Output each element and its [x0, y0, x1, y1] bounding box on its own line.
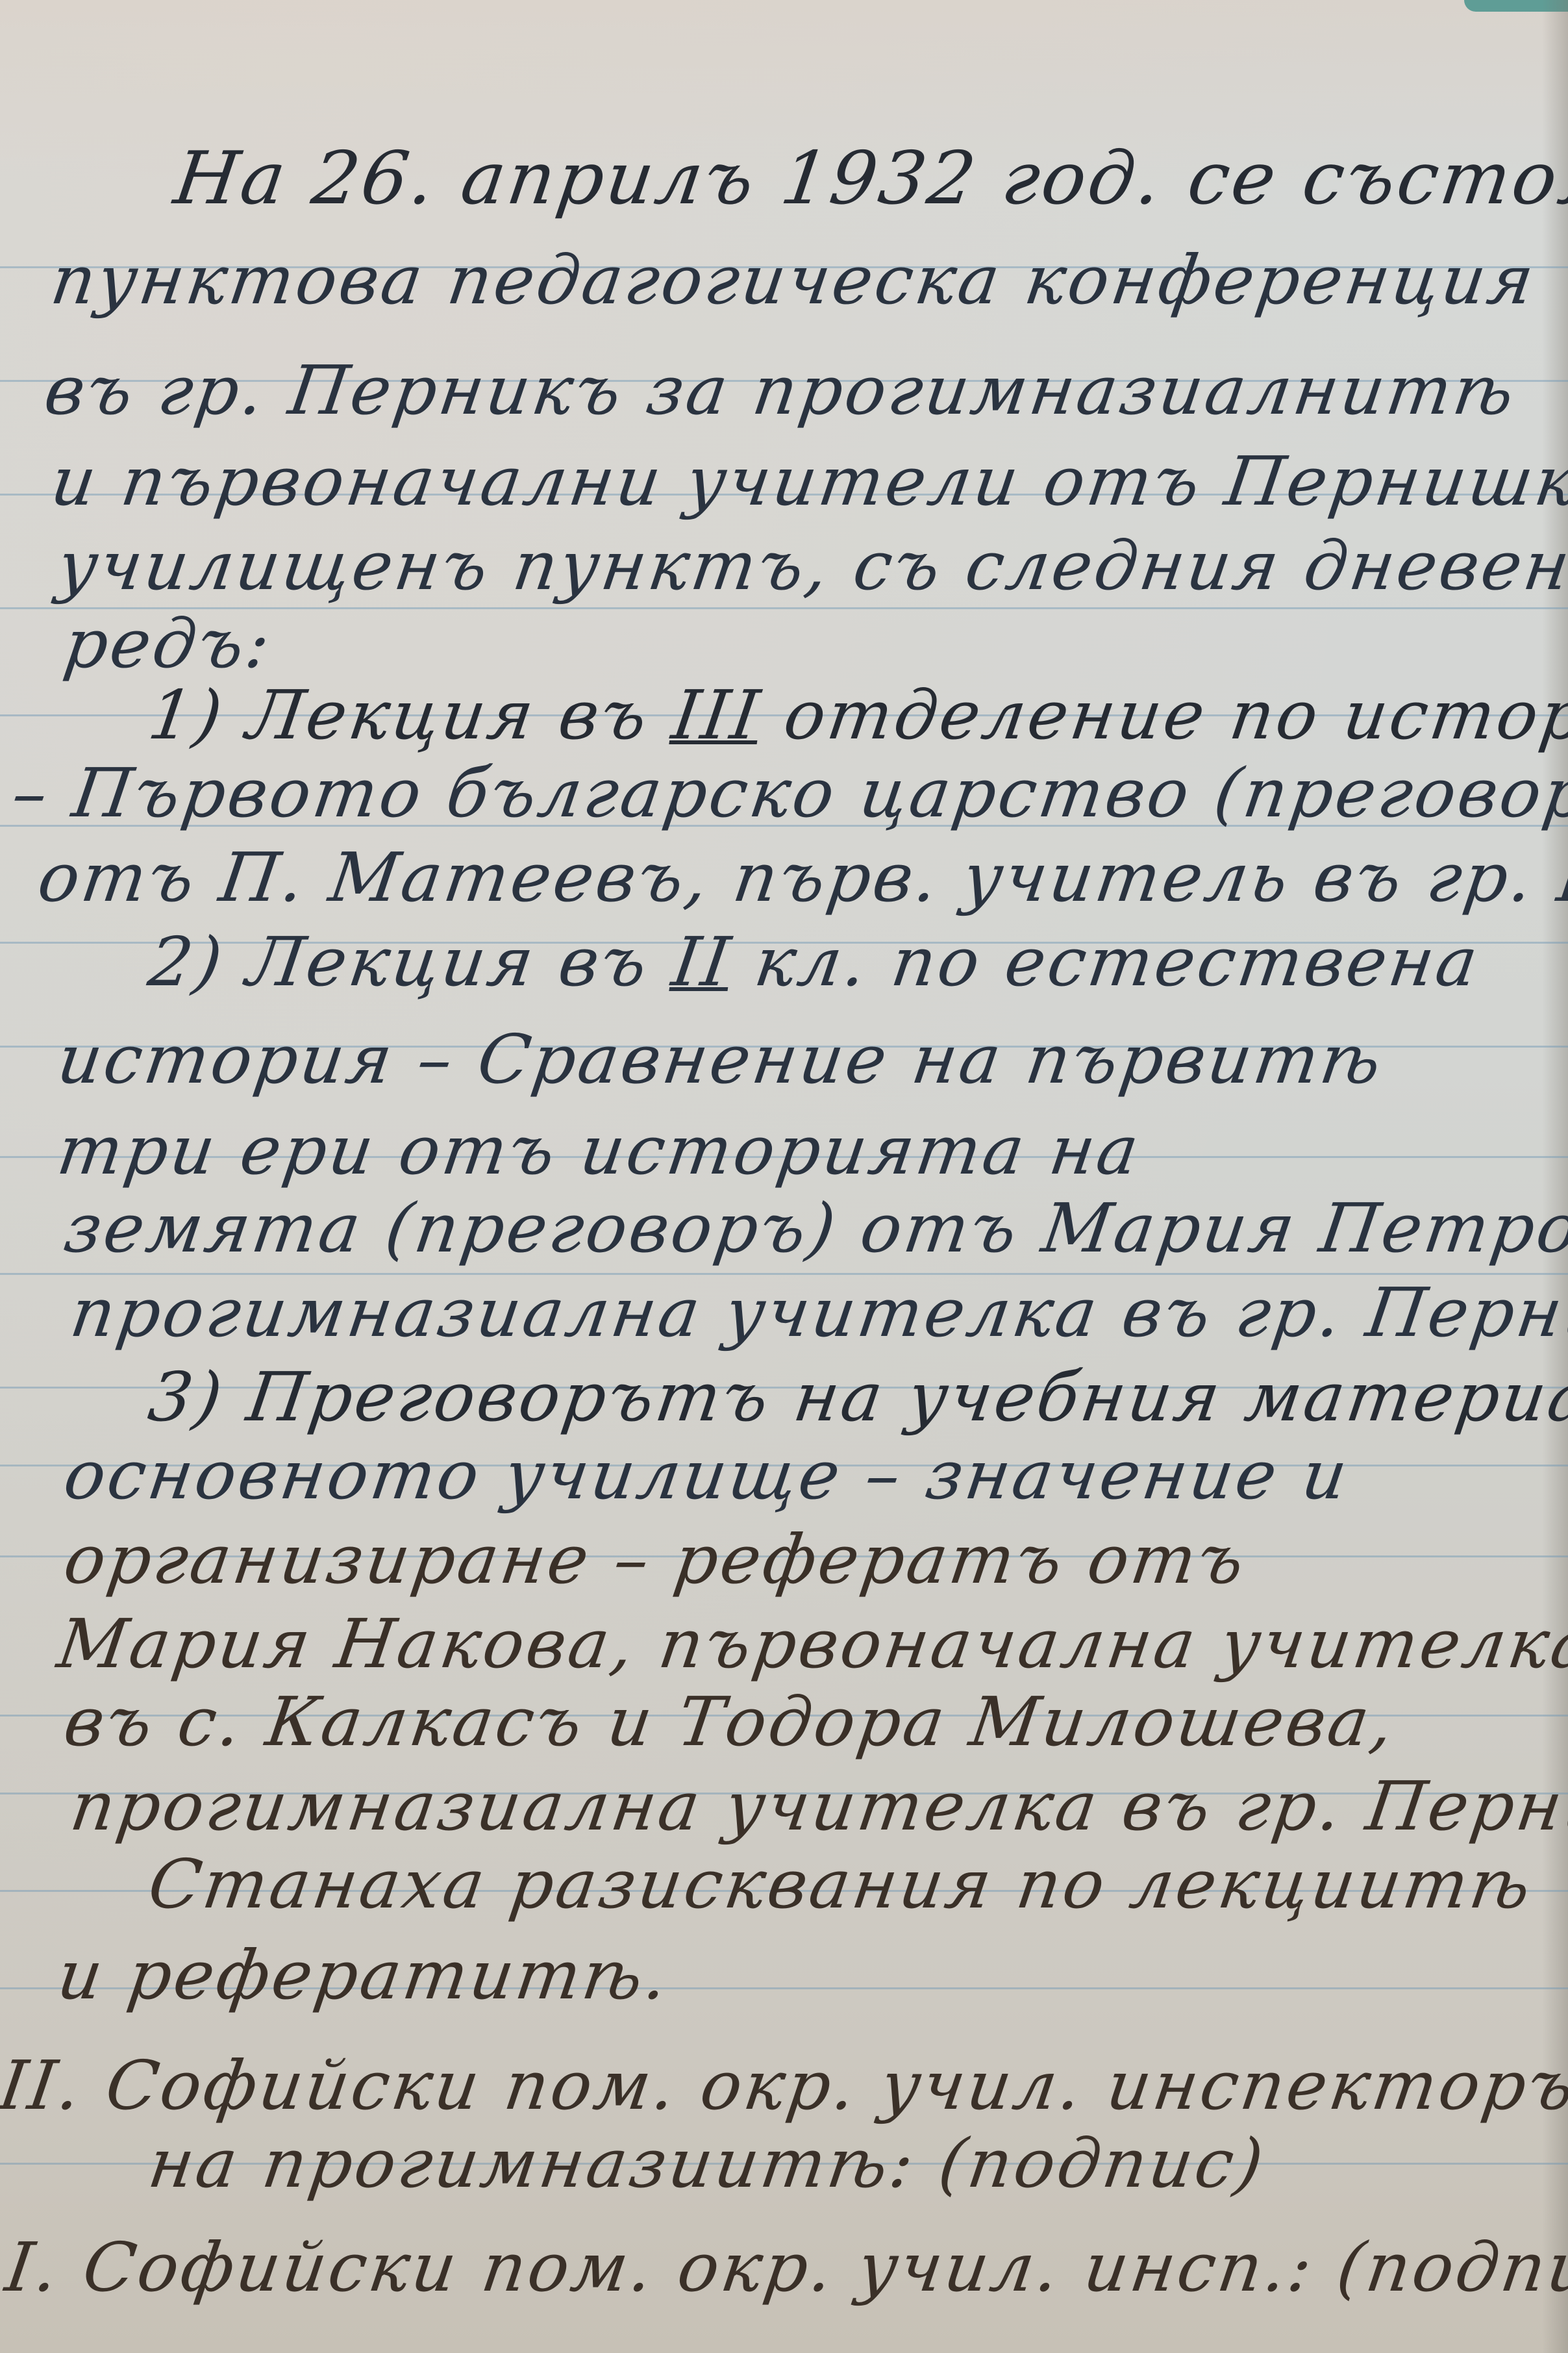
text-line: три ери отъ историята на	[53, 1111, 1145, 1190]
text-line: прогимназиална учителка въ гр. Перникъ	[66, 1273, 1568, 1352]
item-text: Лекция въ	[242, 922, 654, 1001]
text-line: и първоначални учители отъ Пернишкия	[46, 442, 1568, 521]
signature-line-2-cont: на прогимназиитѣ: (подпис)	[143, 2124, 1270, 2203]
agenda-item-3: 3) Преговорътъ на учебния материалъ	[143, 1357, 1568, 1437]
text-line: въ с. Калкасъ и Тодора Милошева,	[59, 1682, 1400, 1761]
notebook-page: На 26. априлъ 1932 год. се състоя пункто…	[0, 0, 1568, 2353]
signature-line-1: I. Софийски пом. окр. учил. инсп.: (подп…	[1, 2228, 1568, 2307]
text-line: Станаха разисквания по лекциитѣ	[143, 1844, 1538, 1924]
text-line: пунктова педагогическа конференция	[46, 240, 1541, 320]
agenda-item-1: 1) Лекция въ III отделение по история	[143, 675, 1568, 755]
item-text-rest: отделение по история	[779, 675, 1568, 755]
item-number: 3)	[143, 1357, 229, 1437]
item-text-rest: кл. по естествена	[750, 922, 1485, 1001]
text-line: редъ:	[59, 604, 277, 683]
text-line: прогимназиална учителка въ гр. Перникъ	[66, 1767, 1568, 1846]
item-number: 1)	[143, 675, 229, 755]
text-line: и рефератитѣ.	[53, 1935, 675, 2015]
signature-line-2: II. Софийски пом. окр. учил. инспекторъ	[0, 2046, 1568, 2125]
text-line: въ гр. Перникъ за прогимназиалнитѣ	[40, 351, 1521, 430]
item-text: Лекция въ	[242, 675, 654, 755]
agenda-item-2: 2) Лекция въ II кл. по естествена	[143, 922, 1485, 1001]
text-line: земята (преговоръ) отъ Мария Петрова	[59, 1189, 1568, 1268]
text-line: основното училище – значение и	[59, 1435, 1354, 1515]
text-line: училищенъ пунктъ, съ следния дневенъ	[53, 526, 1568, 605]
text-line: – Първото българско царство (преговоръ)	[7, 753, 1568, 833]
text-line: отъ П. Матеевъ, първ. учитель въ гр. Пер…	[33, 838, 1568, 917]
item-number: 2)	[143, 922, 229, 1001]
grade-marker: II	[667, 922, 737, 1001]
grade-marker: III	[667, 675, 766, 755]
text-line: организиране – рефератъ отъ	[59, 1520, 1251, 1599]
text-line: Мария Накова, първоначална учителка	[53, 1604, 1568, 1683]
item-text: Преговорътъ на учебния материалъ	[242, 1357, 1568, 1437]
text-line: На 26. априлъ 1932 год. се състоя	[169, 136, 1568, 221]
page-edge-shadow	[1542, 0, 1568, 2353]
text-line: история – Сравнение на първитѣ	[53, 1020, 1388, 1099]
